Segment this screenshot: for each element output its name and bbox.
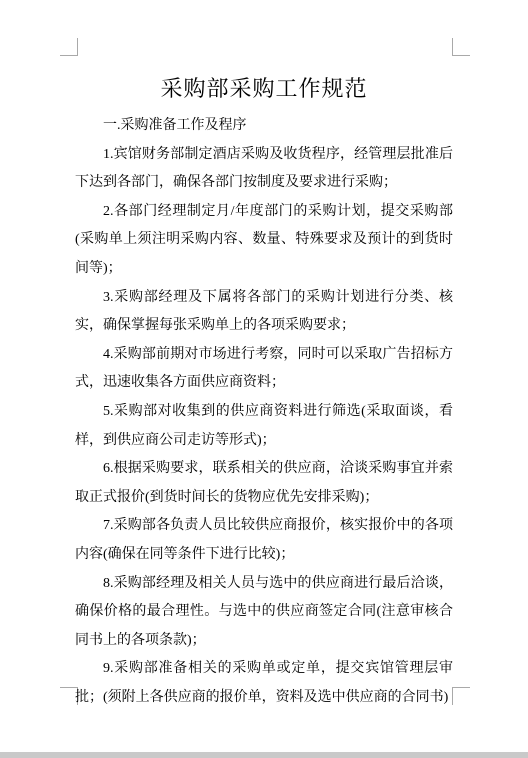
document-title: 采购部采购工作规范 <box>75 71 453 107</box>
paragraph-6: 6.根据采购要求，联系相关的供应商，洽谈采购事宜并索取正式报价(到货时间长的货物… <box>75 455 453 512</box>
paragraph-5: 5.采购部对收集到的供应商资料进行筛选(采取面谈，看样，到供应商公司走访等形式)… <box>75 398 453 455</box>
paragraph-3: 3.采购部经理及下属将各部门的采购计划进行分类、核实，确保掌握每张采购单上的各项… <box>75 284 453 341</box>
paragraph-1: 1.宾馆财务部制定酒店采购及收货程序，经管理层批准后下达到各部门，确保各部门按制… <box>75 141 453 198</box>
paragraph-9: 9.采购部准备相关的采购单或定单，提交宾馆管理层审批；(须附上各供应商的报价单，… <box>75 655 453 712</box>
section-heading: 一.采购准备工作及程序 <box>75 112 453 141</box>
document-page: 采购部采购工作规范 一.采购准备工作及程序 1.宾馆财务部制定酒店采购及收货程序… <box>0 0 528 752</box>
paragraph-7: 7.采购部各负责人员比较供应商报价，核实报价中的各项内容(确保在同等条件下进行比… <box>75 512 453 569</box>
workspace-background-strip <box>0 752 528 758</box>
paragraph-2: 2.各部门经理制定月/年度部门的采购计划，提交采购部(采购单上须注明采购内容、数… <box>75 198 453 284</box>
paragraph-8: 8.采购部经理及相关人员与选中的供应商进行最后洽谈，确保价格的最合理性。与选中的… <box>75 570 453 656</box>
paragraph-4: 4.采购部前期对市场进行考察，同时可以采取广告招标方式，迅速收集各方面供应商资料… <box>75 341 453 398</box>
text-boundary-mark-bottom-right <box>452 687 470 705</box>
text-boundary-mark-top-right <box>452 38 470 56</box>
document-body: 一.采购准备工作及程序 1.宾馆财务部制定酒店采购及收货程序，经管理层批准后下达… <box>75 112 453 712</box>
text-boundary-mark-top-left <box>60 38 78 56</box>
